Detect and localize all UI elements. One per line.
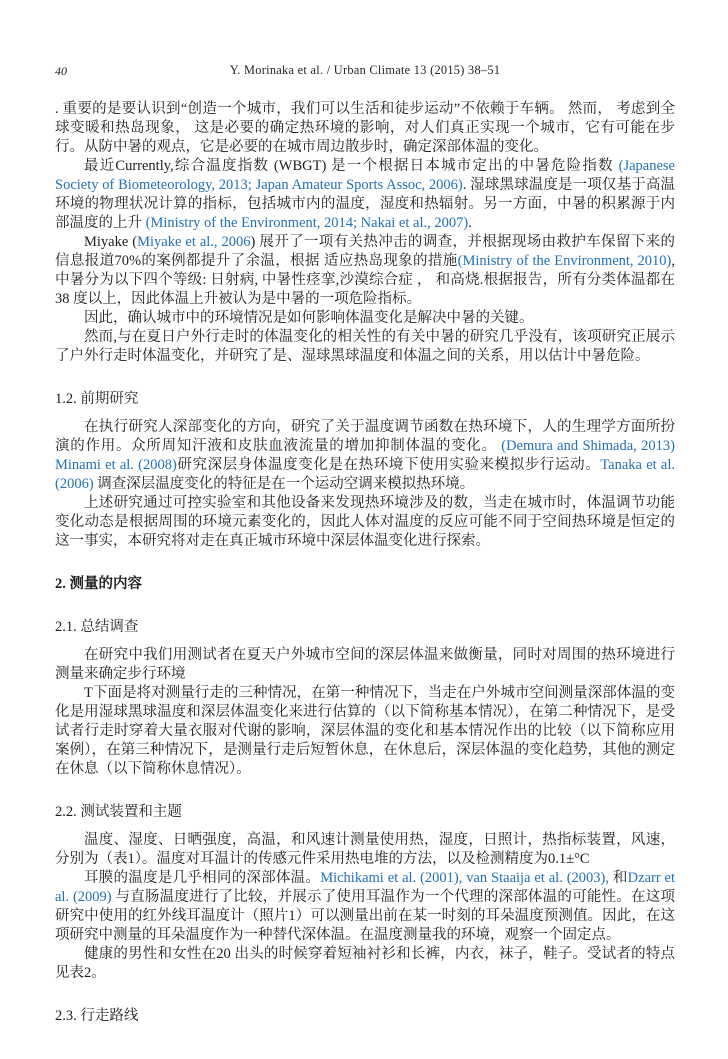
paragraph: 上述研究通过可控实验室和其他设备来发现热环境涉及的数，当走在城市时，体温调节功能… — [55, 494, 675, 551]
text-run: 健康的男性和女性在20 出头的时候穿着短袖衬衫和长裤，内衣，袜子，鞋子。受试者的… — [55, 946, 675, 981]
paragraph: Miyake (Miyake et al., 2006) 展开了一项有关热冲击的… — [55, 233, 675, 309]
paragraph: 最近Currently,综合温度指数 (WBGT) 是一个根据日本城市定出的中暑… — [55, 157, 675, 233]
citation-link[interactable]: (Ministry of the Environment, 2010) — [458, 253, 672, 269]
text-run: 在研究中我们用测试者在夏天户外城市空间的深层体温来做衡量，同时对周围的热环境进行… — [55, 647, 675, 682]
page-number: 40 — [55, 63, 67, 80]
paragraph: 在执行研究人深部变化的方向，研究了关于温度调节函数在热环境下，人的生理学方面所扮… — [55, 418, 675, 494]
text-run: 最近Currently,综合温度指数 (WBGT) 是一个根据日本城市定出的中暑… — [84, 158, 619, 174]
text-run: 然而,与在夏日户外行走时的体温变化的相关性的有关中暑的研究几乎没有，该项研究正展… — [55, 329, 675, 364]
citation-link[interactable]: Miyake et al., 2006 — [137, 234, 250, 250]
text-run: . — [468, 215, 472, 231]
citation-link[interactable]: (Demura and Shimada, 2013) — [501, 438, 675, 454]
paragraph: 健康的男性和女性在20 出头的时候穿着短袖衬衫和长裤，内衣，袜子，鞋子。受试者的… — [55, 945, 675, 983]
text-run: 研究深层身体温度变化是在热环境下使用实验来模拟步行运动。 — [177, 457, 601, 473]
text-run: 上述研究通过可控实验室和其他设备来发现热环境涉及的数，当走在城市时，体温调节功能… — [55, 495, 675, 549]
text-run: . 重要的是要认识到“创造一个城市，我们可以生活和徒步运动”不依赖于车辆。 然而… — [55, 101, 675, 155]
text-run: 和 — [609, 870, 628, 886]
citation-link[interactable]: Minami et al. (2008) — [55, 457, 177, 473]
text-run: 温度、湿度、日晒强度，高温，和风速计测量使用热，湿度，日照计，热指标装置，风速，… — [55, 832, 675, 867]
subsection-heading: 1.2. 前期研究 — [55, 390, 675, 409]
text-run: 与直肠温度进行了比较，并展示了使用耳温作为一个代理的深部体温的可能性。在这项研究… — [55, 889, 675, 943]
subsection-heading: 2.1. 总结调查 — [55, 618, 675, 637]
text-run: 耳膜的温度是几乎相同的深部体温。 — [84, 870, 320, 886]
text-run: 调查深层温度变化的特征是在一个运动空调来模拟热环境。 — [94, 476, 475, 492]
paragraph: 因此，确认城市中的环境情况是如何影响体温变化是解决中暑的关键。 — [55, 309, 675, 328]
paragraph: 然而,与在夏日户外行走时的体温变化的相关性的有关中暑的研究几乎没有，该项研究正展… — [55, 328, 675, 366]
page-header: 40 Y. Morinaka et al. / Urban Climate 13… — [55, 62, 675, 79]
citation-link[interactable]: (Ministry of the Environment, 2014; Naka… — [146, 215, 469, 231]
article-body: . 重要的是要认识到“创造一个城市，我们可以生活和徒步运动”不依赖于车辆。 然而… — [55, 100, 675, 1026]
citation-link[interactable]: Michikami et al. (2001), van Staaija et … — [320, 870, 609, 886]
paragraph: . 重要的是要认识到“创造一个城市，我们可以生活和徒步运动”不依赖于车辆。 然而… — [55, 100, 675, 157]
text-run: 因此，确认城市中的环境情况是如何影响体温变化是解决中暑的关键。 — [84, 310, 534, 326]
paragraph: T下面是将对测量行走的三种情况，在第一种情况下，当走在户外城市空间测量深部体温的… — [55, 684, 675, 779]
paragraph: 耳膜的温度是几乎相同的深部体温。Michikami et al. (2001),… — [55, 869, 675, 945]
running-title: Y. Morinaka et al. / Urban Climate 13 (2… — [55, 62, 675, 79]
subsection-heading: 2.3. 行走路线 — [55, 1007, 675, 1026]
paragraph: 温度、湿度、日晒强度，高温，和风速计测量使用热，湿度，日照计，热指标装置，风速，… — [55, 831, 675, 869]
text-run: T下面是将对测量行走的三种情况，在第一种情况下，当走在户外城市空间测量深部体温的… — [55, 685, 675, 777]
text-run: Miyake ( — [84, 234, 137, 250]
section-heading: 2. 测量的内容 — [55, 575, 675, 594]
subsection-heading: 2.2. 测试装置和主题 — [55, 803, 675, 822]
paragraph: 在研究中我们用测试者在夏天户外城市空间的深层体温来做衡量，同时对周围的热环境进行… — [55, 646, 675, 684]
page: 40 Y. Morinaka et al. / Urban Climate 13… — [0, 0, 728, 1059]
